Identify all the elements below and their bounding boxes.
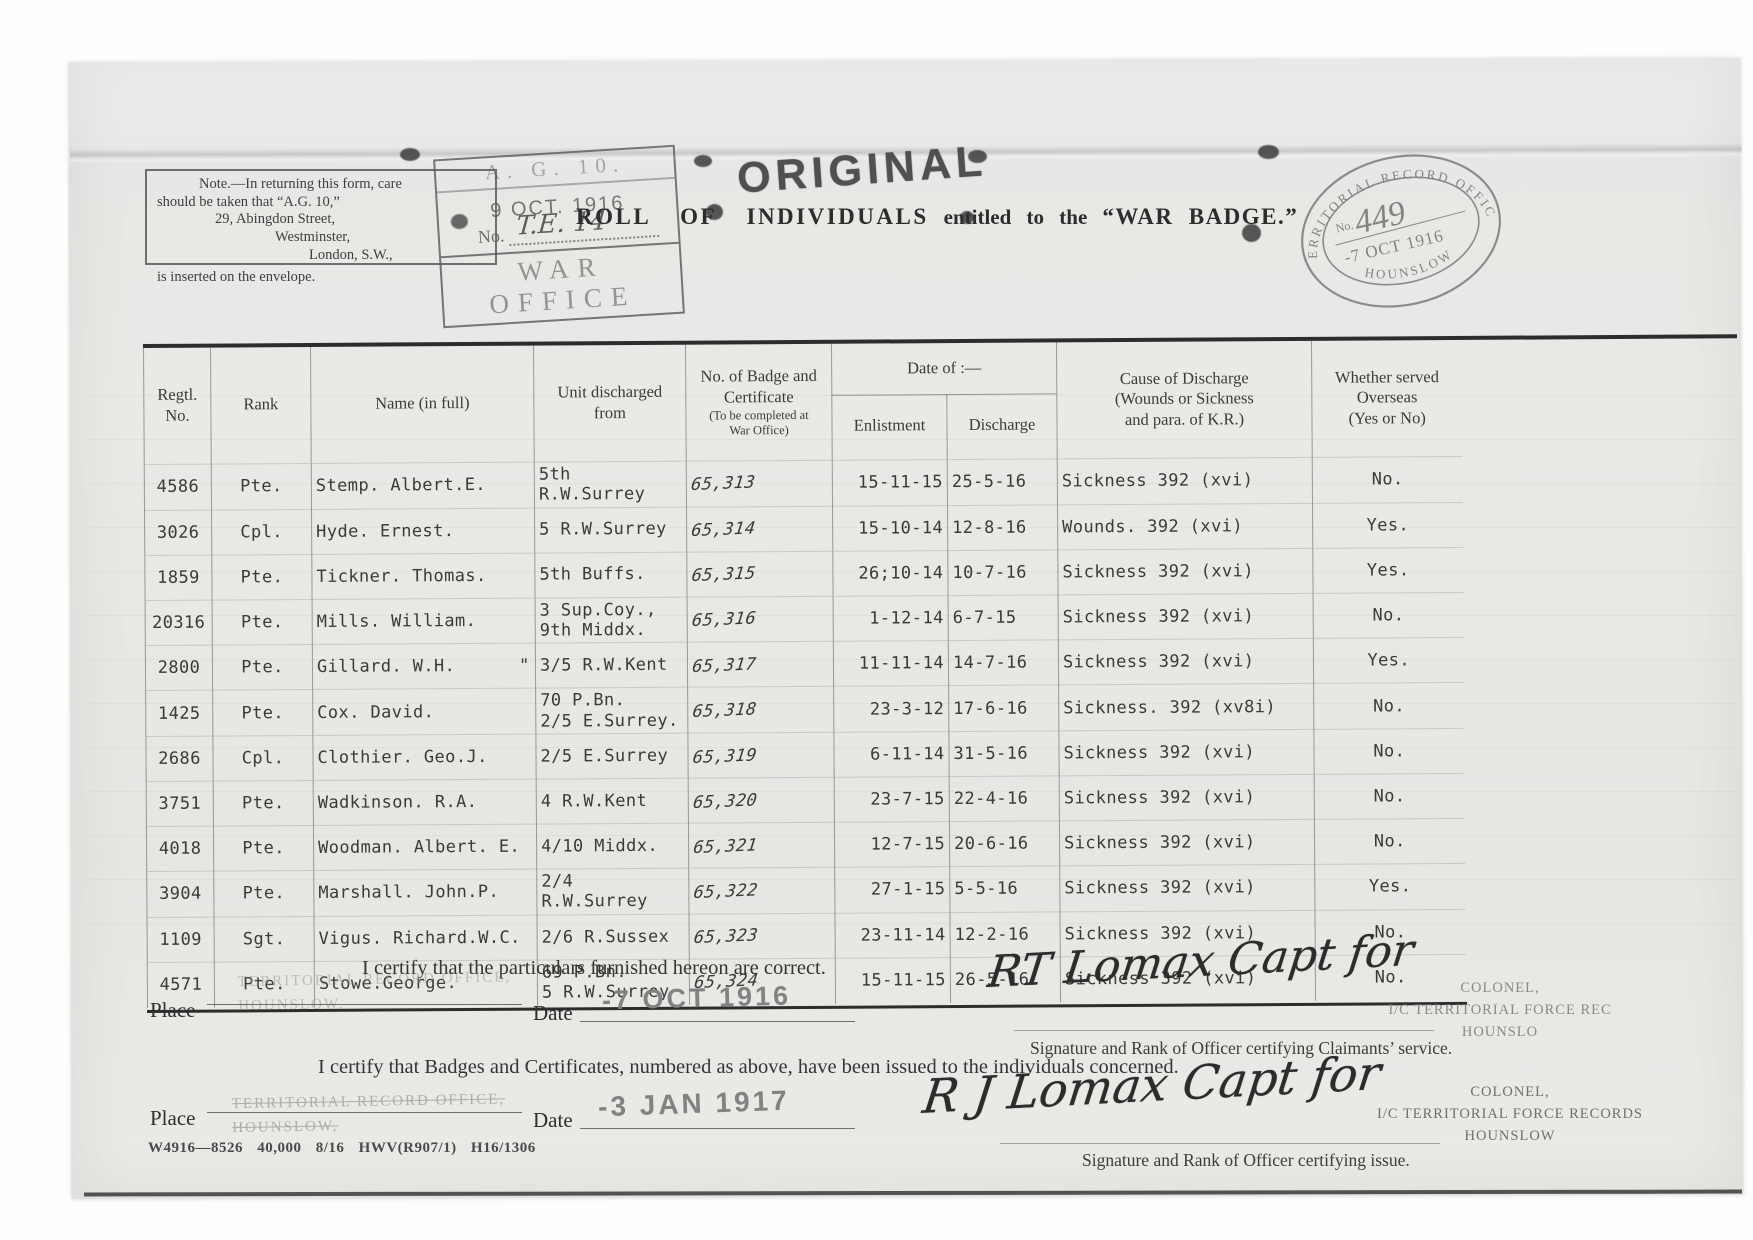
cell-served-overseas: No. [1313, 592, 1463, 639]
cell-regtl-no: 1425 [146, 690, 213, 736]
cell-cause-of-discharge: Sickness 392 (xvi) [1060, 864, 1315, 911]
cell-name: Clothier. Geo.J. [313, 734, 536, 780]
cell-cause-of-discharge: Sickness 392 (xvi) [1059, 774, 1314, 821]
title-roll: ROLL OF INDIVIDUALS [576, 204, 929, 230]
cell-unit: 5th R.W.Surrey [534, 461, 686, 508]
cell-discharge-date: 17-6-16 [949, 685, 1059, 731]
cell-enlistment-date: 1-12-14 [833, 595, 948, 641]
cell-regtl-no: 1859 [145, 555, 212, 600]
cell-unit: 70 P.Bn. 2/5 E.Surrey. [536, 687, 688, 734]
cell-badge-number-handwritten: 65,313 [683, 457, 835, 509]
signature-line-1 [1014, 1030, 1434, 1031]
cell-rank: Pte. [212, 599, 312, 645]
cell-discharge-date: 31-5-16 [949, 731, 1059, 777]
col-header-badge-no: No. of Badge and Certificate (To be comp… [686, 343, 833, 461]
cell-unit: 5 R.W.Surrey [535, 507, 687, 553]
cell-served-overseas: No. [1314, 774, 1464, 820]
table-row: 4018 Pte. Woodman. Albert. E. 4/10 Middx… [146, 819, 1464, 872]
cell-unit: 3 Sup.Coy., 9th Middx. [535, 597, 687, 644]
cell-served-overseas: No. [1314, 683, 1464, 730]
cell-name: Woodman. Albert. E. [313, 824, 536, 870]
cell-regtl-no: 4586 [144, 464, 211, 510]
ink-spot-icon [450, 214, 468, 230]
cell-served-overseas: No. [1314, 729, 1464, 775]
cell-rank: Cpl. [212, 509, 312, 555]
date-label: Date [533, 1001, 573, 1026]
table-row: 3026 Cpl. Hyde. Ernest. 5 R.W.Surrey 65,… [145, 502, 1463, 555]
cell-enlistment-date: 6-11-14 [834, 732, 949, 778]
cell-rank: Pte. [213, 781, 313, 827]
cell-badge-number-handwritten: 65,319 [685, 730, 837, 781]
stamp-office-name: WAR OFFICE [441, 244, 683, 326]
col-header-badge-main: No. of Badge and Certificate [700, 366, 817, 406]
table-row: 20316 Pte. Mills. William. 3 Sup.Coy., 9… [145, 592, 1463, 646]
table-row: 3904 Pte. Marshall. John.P. 2/4 R.W.Surr… [147, 864, 1465, 918]
cell-discharge-date: 22-4-16 [949, 776, 1059, 822]
punch-hole-icon [1258, 145, 1279, 159]
cell-regtl-no: 20316 [145, 600, 212, 646]
cell-name: Wadkinson. R.A. [313, 779, 536, 825]
title-middle: entitled to the [944, 205, 1088, 230]
cell-discharge-date: 5-5-16 [950, 866, 1060, 912]
cell-name: Tickner. Thomas. [312, 553, 535, 599]
cell-cause-of-discharge: Sickness 392 (xvi) [1059, 819, 1314, 866]
place-label-2: Place [150, 1106, 195, 1131]
cell-unit: 4 R.W.Kent [536, 778, 688, 824]
table-row: 4586 Pte. Stemp. Albert.E. 5th R.W.Surre… [144, 456, 1462, 510]
cell-discharge-date: 10-7-16 [948, 549, 1058, 595]
place-fill-line [207, 1004, 522, 1005]
cell-enlistment-date: 15-10-14 [833, 505, 948, 551]
place-label: Place [150, 998, 195, 1023]
cell-discharge-date: 20-6-16 [949, 821, 1059, 867]
cell-served-overseas: Yes. [1313, 638, 1463, 684]
roll-table-header: Regtl. No. Rank Name (in full) Unit disc… [144, 339, 1463, 464]
roll-table-body: 4586 Pte. Stemp. Albert.E. 5th R.W.Surre… [144, 456, 1465, 1007]
table-row: 1859 Pte. Tickner. Thomas. 5th Buffs. 65… [145, 547, 1463, 600]
cell-unit: 3/5 R.W.Kent [535, 642, 687, 688]
cell-name: Cox. David. [313, 688, 536, 735]
colonel-rank-stamp-1: COLONEL, I/C TERRITORIAL FORCE REC HOUNS… [1360, 978, 1640, 1043]
cell-regtl-no: 3026 [145, 510, 212, 555]
cell-badge-number-handwritten: 65,318 [685, 684, 837, 736]
cell-unit: 2/6 R.Sussex [537, 914, 689, 960]
cell-regtl-no: 1109 [147, 917, 214, 962]
cell-enlistment-date: 15-11-15 [835, 957, 950, 1003]
punch-hole-icon [400, 148, 420, 161]
cell-regtl-no: 2800 [145, 645, 212, 690]
war-office-received-stamp: A. G. 10. 9 OCT. 1916 No. T.E. 14 WAR OF… [433, 145, 685, 328]
cell-served-overseas: No. [1312, 456, 1462, 503]
printers-imprint: W4916—8526 40,000 8/16 HWV(R907/1) H16/1… [148, 1140, 536, 1157]
cell-badge-number-handwritten: 65,320 [685, 775, 837, 826]
cell-badge-number-handwritten: 65,316 [684, 593, 836, 645]
cell-rank: Cpl. [213, 736, 313, 782]
place-fill-line-2 [207, 1112, 522, 1113]
cell-name: Stemp. Albert.E. [311, 462, 534, 509]
cell-rank: Pte. [213, 826, 313, 872]
table-row: 2800 Pte. Gillard. W.H. " 3/5 R.W.Kent 6… [145, 638, 1463, 691]
col-header-date-of: Date of :— [832, 342, 1057, 395]
cell-enlistment-date: 15-11-15 [832, 459, 947, 505]
cell-cause-of-discharge: Sickness. 392 (xv8i) [1059, 684, 1314, 731]
cell-cause-of-discharge: Sickness 392 (xvi) [1057, 457, 1312, 504]
cell-enlistment-date: 11-11-14 [833, 641, 948, 687]
col-header-badge-sub: (To be completed at War Office) [690, 408, 827, 438]
cell-discharge-date: 6-7-15 [948, 594, 1058, 640]
cell-cause-of-discharge: Wounds. 392 (xvi) [1058, 503, 1313, 550]
table-row: 2686 Cpl. Clothier. Geo.J. 2/5 E.Surrey … [146, 729, 1464, 782]
cell-cause-of-discharge: Sickness 392 (xvi) [1059, 729, 1314, 776]
cell-name: Mills. William. [312, 598, 535, 645]
date-stamp-value-2: -3 JAN 1917 [598, 1085, 791, 1124]
cell-badge-number-handwritten: 65,322 [686, 865, 838, 917]
cell-served-overseas: Yes. [1313, 502, 1463, 548]
col-header-rank: Rank [211, 346, 312, 463]
scanned-document-page: Note.—In returning this form, care shoul… [0, 0, 1753, 1240]
cell-badge-number-handwritten: 65,321 [686, 820, 838, 871]
cell-regtl-no: 3904 [147, 871, 214, 917]
col-header-overseas: Whether served Overseas (Yes or No) [1312, 339, 1463, 457]
cell-name: Marshall. John.P. [314, 869, 537, 916]
cell-served-overseas: Yes. [1313, 547, 1463, 593]
cell-rank: Pte. [212, 645, 312, 691]
cell-badge-number-handwritten: 65,317 [684, 639, 836, 690]
roll-table-section: Regtl. No. Rank Name (in full) Unit disc… [143, 336, 1467, 1013]
cell-unit: 2/4 R.W.Surrey [537, 868, 689, 915]
cell-name: Vigus. Richard.W.C. [314, 915, 537, 961]
cell-cause-of-discharge: Sickness 392 (xvi) [1058, 593, 1313, 640]
stamp-number-label: No. [1334, 218, 1354, 236]
cell-discharge-date: 25-5-16 [947, 459, 1057, 505]
cell-enlistment-date: 23-11-14 [835, 912, 950, 958]
cell-name: Hyde. Ernest. [312, 508, 535, 554]
col-header-cause: Cause of Discharge (Wounds or Sickness a… [1057, 340, 1313, 458]
col-header-unit: Unit discharged from [534, 344, 687, 462]
col-header-regtl-no: Regtl. No. [144, 347, 212, 464]
cell-rank: Pte. [213, 690, 313, 736]
table-row: 3751 Pte. Wadkinson. R.A. 4 R.W.Kent 65,… [146, 774, 1464, 827]
cell-name: Gillard. W.H. " [312, 643, 535, 689]
cell-discharge-date: 14-7-16 [948, 640, 1058, 686]
cell-badge-number-handwritten: 65,314 [684, 503, 836, 554]
cell-rank: Pte. [212, 554, 312, 600]
cell-unit: 4/10 Middx. [536, 823, 688, 869]
punch-hole-icon [694, 155, 712, 167]
cell-regtl-no: 2686 [146, 736, 213, 781]
page-title: ROLL OF INDIVIDUALS entitled to the “WAR… [576, 204, 1298, 230]
date-fill-line-2 [580, 1128, 855, 1129]
cell-enlistment-date: 23-7-15 [834, 777, 949, 823]
title-badge: “WAR BADGE.” [1102, 204, 1298, 230]
colonel-rank-stamp-2: COLONEL, I/C TERRITORIAL FORCE RECORDS H… [1365, 1082, 1655, 1147]
cell-discharge-date: 12-8-16 [947, 504, 1057, 550]
date-fill-line [580, 1021, 855, 1022]
stamp-number-label: No. [477, 225, 505, 247]
cell-rank: Sgt. [214, 916, 314, 962]
cell-served-overseas: Yes. [1315, 864, 1465, 911]
date-label-2: Date [533, 1108, 573, 1133]
cell-unit: 2/5 E.Surrey [536, 733, 688, 779]
cell-regtl-no: 3751 [146, 781, 213, 826]
cell-enlistment-date: 27-1-15 [835, 867, 950, 913]
note-line: is inserted on the envelope. [157, 269, 485, 287]
col-header-discharge: Discharge [947, 394, 1057, 460]
signature-line-2 [1000, 1143, 1440, 1144]
cell-unit: 5th Buffs. [535, 552, 687, 598]
cell-served-overseas: No. [1314, 819, 1464, 865]
col-header-enlistment: Enlistment [832, 394, 947, 460]
cell-rank: Pte. [214, 871, 314, 917]
cell-cause-of-discharge: Sickness 392 (xvi) [1058, 639, 1313, 686]
cell-rank: Pte. [211, 463, 311, 509]
cell-enlistment-date: 12-7-15 [834, 822, 949, 868]
cell-regtl-no: 4018 [146, 826, 213, 871]
cell-enlistment-date: 23-3-12 [834, 686, 949, 732]
date-stamp-value: -7 OCT 1916 [602, 981, 792, 1017]
roll-table: Regtl. No. Rank Name (in full) Unit disc… [143, 339, 1466, 1007]
cell-cause-of-discharge: Sickness 392 (xvi) [1058, 548, 1313, 595]
cell-enlistment-date: 26;10-14 [833, 550, 948, 596]
col-header-name: Name (in full) [311, 345, 535, 463]
table-row: 1425 Pte. Cox. David. 70 P.Bn. 2/5 E.Sur… [146, 683, 1464, 737]
signature-caption-2: Signature and Rank of Officer certifying… [1082, 1150, 1410, 1171]
cell-badge-number-handwritten: 65,323 [686, 911, 838, 962]
cell-badge-number-handwritten: 65,315 [684, 548, 836, 599]
